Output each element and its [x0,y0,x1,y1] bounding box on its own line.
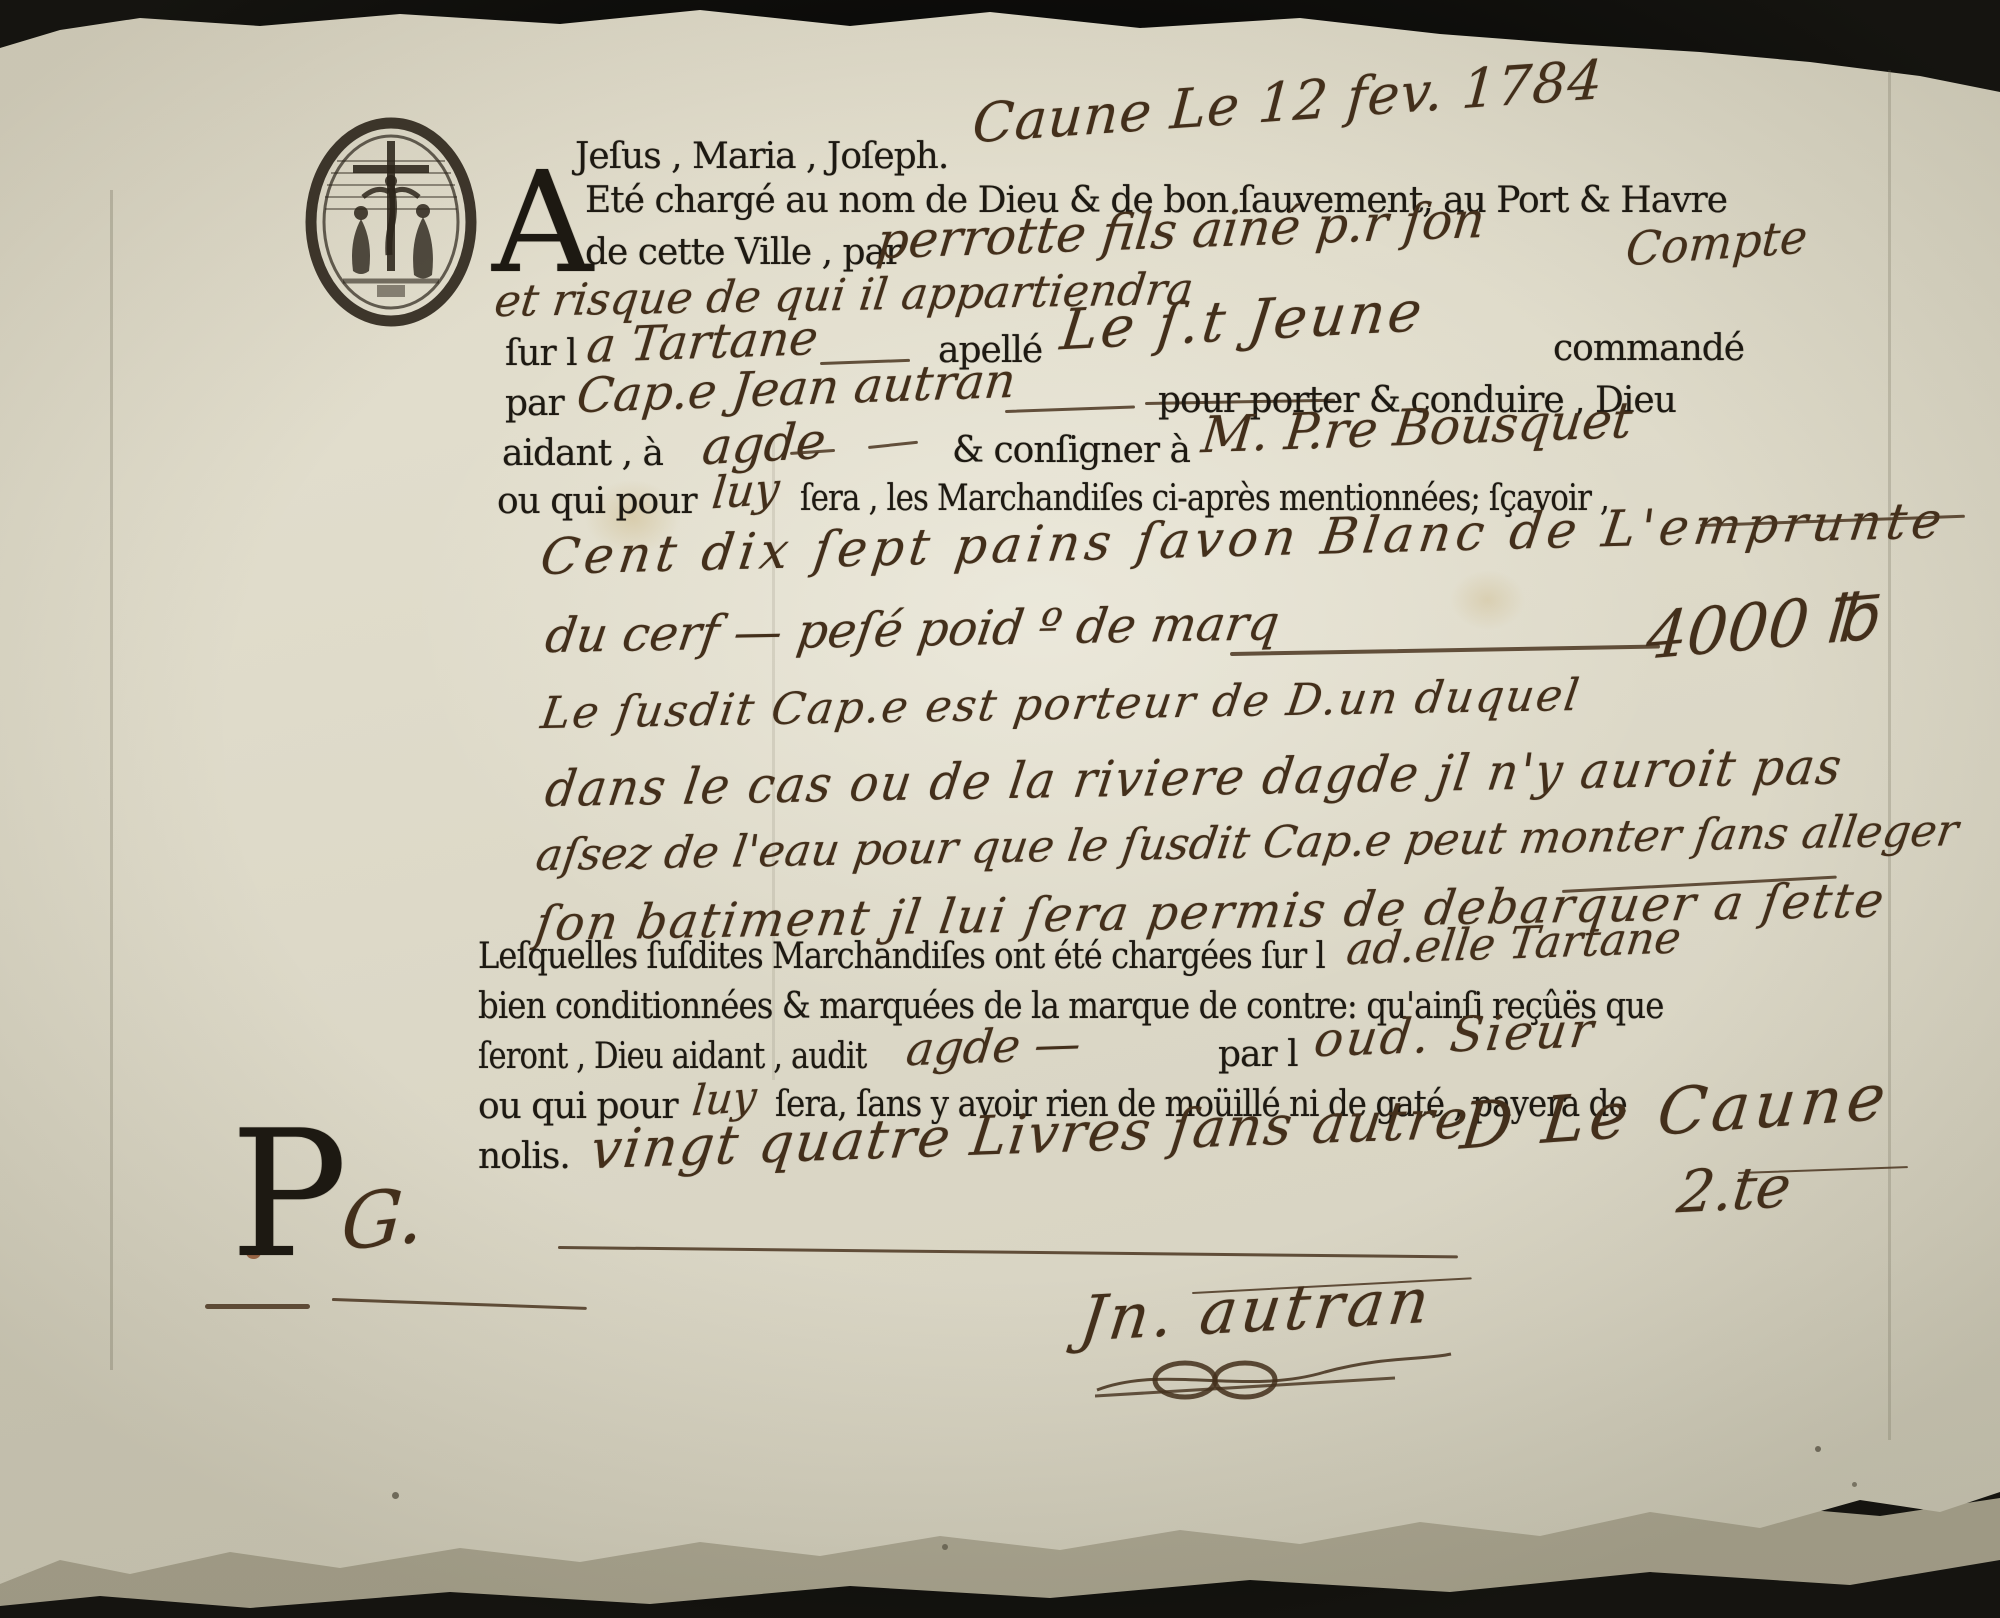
par-l-handwritten: oud. Sieur [1311,1002,1599,1068]
paraph-g-handwritten: G. [339,1169,427,1268]
aidant-a-label: aidant , à [502,433,663,474]
chargees-sur-l-line: Leſquelles ſuſdites Marchandiſes ont été… [478,936,1325,977]
initial-baseline-stroke [205,1304,310,1309]
seront-audit-line: ſeront , Dieu aidant , audit [478,1036,866,1077]
woodcut-initial-p: P [230,1122,348,1271]
par-label: par [505,383,564,424]
invocation-line: Jeſus , Maria , Joſeph. [575,136,948,177]
ville-par-line: de cette Ville , par [585,232,901,273]
signature-paraph-flourish [1095,1330,1455,1410]
scanned-document: Jeſus , Maria , Joſeph. Caune Le 12 fev.… [0,0,2000,1618]
duplicate-mark-handwritten: 2.te [1674,1152,1795,1226]
nolis-label: nolis. [478,1136,570,1177]
crucifixion-woodcut-icon [303,115,480,330]
ou-qui-pour-label-1: ou qui pour [497,481,697,522]
commande-label: commandé [1553,328,1744,369]
audit-place-handwritten: agde — [903,1016,1084,1076]
drop-cap: A [492,168,593,280]
consigner-a-label: & conſigner à [952,430,1190,471]
par-l-label: par l [1218,1034,1298,1075]
sur-l-label: ſur l [505,333,577,374]
luy-handwritten-1: luy [710,463,783,519]
